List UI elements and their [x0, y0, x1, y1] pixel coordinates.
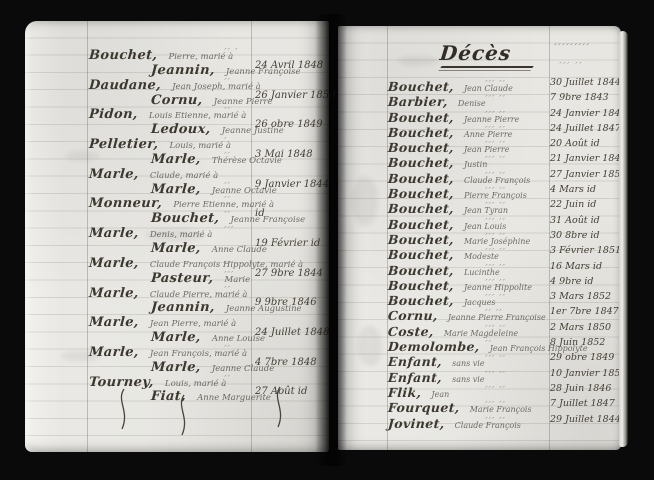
- register-row: Enfant,sans vie ′′′ ′′ 10 Janvier 1852: [338, 367, 621, 382]
- death-date-text: 2 Mars 1850: [550, 322, 611, 333]
- flourish-icon: [271, 385, 287, 429]
- death-date-text: 28 Juin 1846: [550, 383, 611, 394]
- register-row: Bouchet,Marie Joséphine ′′′ ′′ 30 8bre i…: [338, 229, 621, 244]
- death-date-text: 20 Août id: [550, 138, 600, 149]
- ink-ditto-marks: ′′′ ′′: [481, 263, 507, 272]
- death-date-text: 1er 7bre 1847: [550, 306, 619, 317]
- ink-ditto-marks: ′′′ ′′: [481, 370, 507, 379]
- ink-ditto-marks: ′′′ ′′: [481, 247, 507, 256]
- death-date-text: 4 7bre 1848: [255, 357, 317, 368]
- register-row: Bouchet,Claude François ′′′ ′′ 27 Janvie…: [338, 168, 621, 183]
- death-date-text: 30 Juillet 1844: [550, 77, 621, 88]
- death-date-text: 24 Juillet 1847: [550, 123, 621, 134]
- section-title-block: Décès ′′′′′′′′′ ′′′ ′′: [440, 41, 532, 71]
- register-row: Marle,Anne Louise 24 Juillet 1848: [25, 326, 329, 341]
- register-row: Bouchet,Jean Louis ′′′ ′′ 31 Août id: [338, 214, 621, 229]
- register-row: Bouchet,Jeanne Hippolite ′′′ ′′ 4 9bre i…: [338, 275, 621, 290]
- flourish-icon: [175, 393, 191, 437]
- register-row: Bouchet,Jacques ′′′ ′′ 3 Mars 1852: [338, 290, 621, 305]
- register-row: Bouchet,Jean Pierre ′′′ ′′ 20 Août id: [338, 137, 621, 152]
- right-page-entry-list: Bouchet,Jean Claude ′′′ ′′ 30 Juillet 18…: [338, 76, 621, 428]
- register-scan-background: Bouchet,Pierre, marié à ′′ ′ Jeannin,Jea…: [0, 0, 654, 480]
- death-date-text: 26 obre 1849: [255, 119, 323, 130]
- ink-ditto-marks: ′′′: [220, 225, 235, 234]
- ink-ditto-marks: ′′′ ′′: [481, 155, 507, 164]
- ink-ditto-marks: ′′′ ′′: [481, 385, 507, 394]
- death-date-text: 10 Janvier 1852: [550, 368, 626, 379]
- register-row: Cornu,Jeanne Pierre 26 Janvier 1850: [25, 89, 329, 104]
- title-underline: [438, 66, 534, 71]
- death-date-text: 7 9bre 1843: [550, 92, 609, 103]
- register-row: Jovinet,Claude François ′′′ ′′ 29 Juille…: [338, 413, 621, 428]
- death-date-text: 29 Juillet 1844: [550, 414, 621, 425]
- death-date-text: 8 Juin 1852: [550, 337, 605, 348]
- register-row: Marle,Jeanne Octavie ′′ 9 Janvier 1844: [25, 178, 329, 193]
- register-row: Monneur,Pierre Etienne, marié à ′′: [25, 192, 329, 207]
- register-row: Cornu,Jeanne Pierre Françoise ′′ ′′ 1er …: [338, 305, 621, 320]
- death-date-text: 16 Mars id: [550, 261, 602, 272]
- paper-smudge: [61, 351, 101, 361]
- death-date-text: 27 Janvier 1850: [550, 169, 626, 180]
- paper-smudge: [65, 151, 99, 161]
- register-row: Bouchet,Jean Tyran ′′′ ′′ 22 Juin id: [338, 198, 621, 213]
- ink-ditto-marks: ′′ ′: [220, 47, 239, 56]
- register-row: Jeannin,Jeanne Françoise 24 Avril 1848: [25, 59, 329, 74]
- paper-smudge: [398, 56, 438, 66]
- paper-smudge: [145, 229, 205, 241]
- death-date-text: 3 Mars 1852: [550, 291, 611, 302]
- ink-ditto-marks: ′′: [220, 374, 232, 383]
- register-row: Bouchet,Jeanne Françoise ′′ id: [25, 207, 329, 222]
- ink-ditto-marks: ′′′′′′′′′: [549, 43, 592, 53]
- register-row: Pidon,Louis Etienne, marié à ′′: [25, 103, 329, 118]
- register-row: Bouchet,Modeste ′′′ ′′ 3 Février 1851: [338, 244, 621, 259]
- register-row: Marle,Claude, marié à: [25, 163, 329, 178]
- register-row: Bouchet,Lucinthe ′′′ ′′ 16 Mars id: [338, 260, 621, 275]
- death-date-text: id: [255, 208, 265, 219]
- death-date-text: 21 Janvier 1849: [550, 153, 626, 164]
- register-row: Jeannin,Jeanne Augustine 9 9bre 1846: [25, 296, 329, 311]
- death-date-text: 24 Janvier 1846: [550, 108, 626, 119]
- register-row: Bouchet,Anne Pierre ′′′ ′′ 24 Juillet 18…: [338, 122, 621, 137]
- death-date-text: 19 Février id: [255, 238, 320, 249]
- paper-smudge: [352, 176, 378, 226]
- death-date-text: 3 Mai 1848: [255, 149, 313, 160]
- death-date-text: 22 Juin id: [550, 199, 596, 210]
- paper-smudge: [358, 326, 382, 366]
- deces-title: Décès: [439, 41, 513, 65]
- death-date-text: 4 9bre id: [550, 276, 594, 287]
- surname-text: Jovinet,: [387, 416, 445, 431]
- register-row: Bouchet,Jean Claude ′′′ ′′ 30 Juillet 18…: [338, 76, 621, 91]
- ink-ditto-marks: ′′′ ′′: [555, 61, 584, 70]
- death-date-text: 27 9bre 1844: [255, 268, 323, 279]
- left-page-entry-list: Bouchet,Pierre, marié à ′′ ′ Jeannin,Jea…: [25, 44, 329, 400]
- death-date-text: 9 9bre 1846: [255, 297, 317, 308]
- page-stack-edge: [619, 31, 628, 447]
- death-date-text: 30 8bre id: [550, 230, 600, 241]
- register-row: Marle,Jean Pierre, marié à: [25, 311, 329, 326]
- ink-ditto-marks: ′′′ ′′: [481, 94, 507, 103]
- register-row: Tourney,Louis, marié à ′′: [25, 371, 329, 386]
- register-row: Bouchet,Justin ′′′ ′′ 21 Janvier 1849: [338, 152, 621, 167]
- register-row: Bouchet,Pierre, marié à ′′ ′: [25, 44, 329, 59]
- register-row: Flik,Jean ′′′ ′′ 28 Juin 1846: [338, 382, 621, 397]
- register-row: Pelletier,Louis, marié à ′: [25, 133, 329, 148]
- register-row: Marle,Claude François Hippolyte, marié à: [25, 252, 329, 267]
- register-row: Pasteur,Marie ′′′ 27 9bre 1844: [25, 267, 329, 282]
- register-row: Fourquet,Marie François ′′′ ′′ 7 Juillet…: [338, 397, 621, 412]
- book-fold-shadow: [315, 14, 347, 466]
- register-row: Ledoux,Jeanne Justine 26 obre 1849: [25, 118, 329, 133]
- death-date-text: 31 Août id: [550, 215, 600, 226]
- flourish-icon: [115, 387, 131, 431]
- death-date-text: 29 obre 1849: [550, 352, 614, 363]
- death-date-text: 7 Juillet 1847: [550, 398, 615, 409]
- right-page: Décès ′′′′′′′′′ ′′′ ′′ Bouchet,Jean Clau…: [338, 26, 621, 450]
- register-row: Daudane,Jean Joseph, marié à ′′: [25, 74, 329, 89]
- left-page: Bouchet,Pierre, marié à ′′ ′ Jeannin,Jea…: [25, 21, 329, 452]
- ink-ditto-marks: ′′′ ′′: [481, 293, 507, 302]
- death-date-text: 24 Avril 1848: [255, 60, 323, 71]
- ink-ditto-marks: ′′′ ′′: [481, 354, 507, 363]
- register-row: Marle,Claude Pierre, marié à ′′: [25, 282, 329, 297]
- register-row: Bouchet,Jeanne Pierre ′′′ ′′ 24 Janvier …: [338, 107, 621, 122]
- register-row: Coste,Marie Magdeleine ′′′ ′′ 2 Mars 185…: [338, 321, 621, 336]
- register-row: Barbier,Denise ′′′ ′′ 7 9bre 1843: [338, 91, 621, 106]
- register-row: Bouchet,Pierre François ′′′ ′′ 4 Mars id: [338, 183, 621, 198]
- death-date-text: 4 Mars id: [550, 184, 596, 195]
- death-date-text: 3 Février 1851: [550, 245, 621, 256]
